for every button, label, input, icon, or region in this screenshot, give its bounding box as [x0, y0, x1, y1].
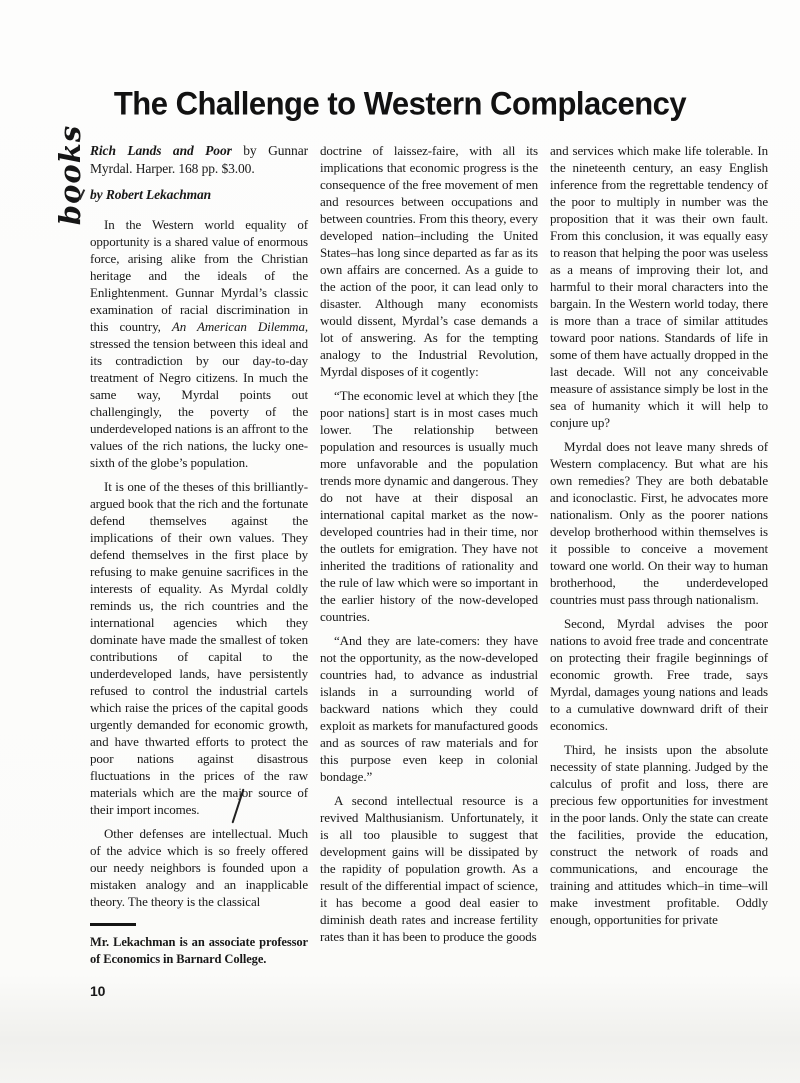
text-segment: Myrdal does not leave many shreds of Wes…: [550, 439, 768, 607]
text-segment: It is one of the theses of this brillian…: [90, 479, 308, 817]
text-segment: doctrine of laissez-faire, with all its …: [320, 143, 538, 379]
byline-author-row: by Robert Lekachman: [90, 186, 308, 203]
text-segment: “And they are late-comers: they have not…: [320, 633, 538, 784]
paragraph: It is one of the theses of this brillian…: [90, 478, 308, 818]
article-body: Rich Lands and Poor by Gunnar Myrdal. Ha…: [90, 142, 768, 1000]
section-label-books: books: [50, 115, 90, 235]
byline-author: by Robert Lekachman: [90, 186, 308, 203]
article-title: The Challenge to Western Complacency: [0, 85, 800, 123]
text-segment: Second, Myrdal advises the poor nations …: [550, 616, 768, 733]
paragraph: Other defenses are intellectual. Much of…: [90, 825, 308, 910]
column-left-paragraphs: In the Western world equality of opportu…: [90, 216, 308, 910]
paragraph: Myrdal does not leave many shreds of Wes…: [550, 438, 768, 608]
page-number: 10: [90, 983, 308, 1000]
magazine-page: books The Challenge to Western Complacen…: [0, 0, 800, 1083]
paragraph: “And they are late-comers: they have not…: [320, 632, 538, 785]
text-segment: and services which make life tolerable. …: [550, 143, 768, 430]
paragraph: “The economic level at which they [the p…: [320, 387, 538, 625]
byline-block: Rich Lands and Poor by Gunnar Myrdal. Ha…: [90, 142, 308, 203]
paragraph: In the Western world equality of opportu…: [90, 216, 308, 471]
text-segment: A second intellectual resource is a revi…: [320, 793, 538, 944]
footnote-text: Mr. Lekachman is an associate professor …: [90, 934, 308, 967]
text-segment: Other defenses are intellectual. Much of…: [90, 826, 308, 909]
paragraph: Second, Myrdal advises the poor nations …: [550, 615, 768, 734]
book-reference-title: Rich Lands and Poor: [90, 143, 232, 158]
column-left: Rich Lands and Poor by Gunnar Myrdal. Ha…: [90, 142, 308, 1000]
paragraph: A second intellectual resource is a revi…: [320, 792, 538, 945]
paragraph: doctrine of laissez-faire, with all its …: [320, 142, 538, 380]
book-reference: Rich Lands and Poor by Gunnar Myrdal. Ha…: [90, 142, 308, 177]
text-segment: “The economic level at which they [the p…: [320, 388, 538, 624]
footnote-block: Mr. Lekachman is an associate professor …: [90, 923, 308, 967]
column-middle: doctrine of laissez-faire, with all its …: [320, 142, 538, 1000]
text-segment: In the Western world equality of opportu…: [90, 217, 308, 334]
italic-text: An American Dilemma,: [172, 319, 308, 334]
paragraph: and services which make life tolerable. …: [550, 142, 768, 431]
footnote-rule: [90, 923, 136, 926]
paragraph: Third, he insists upon the absolute nece…: [550, 741, 768, 928]
text-segment: stressed the tension between this ideal …: [90, 336, 308, 470]
text-segment: Third, he insists upon the absolute nece…: [550, 742, 768, 927]
column-right: and services which make life tolerable. …: [550, 142, 768, 1000]
